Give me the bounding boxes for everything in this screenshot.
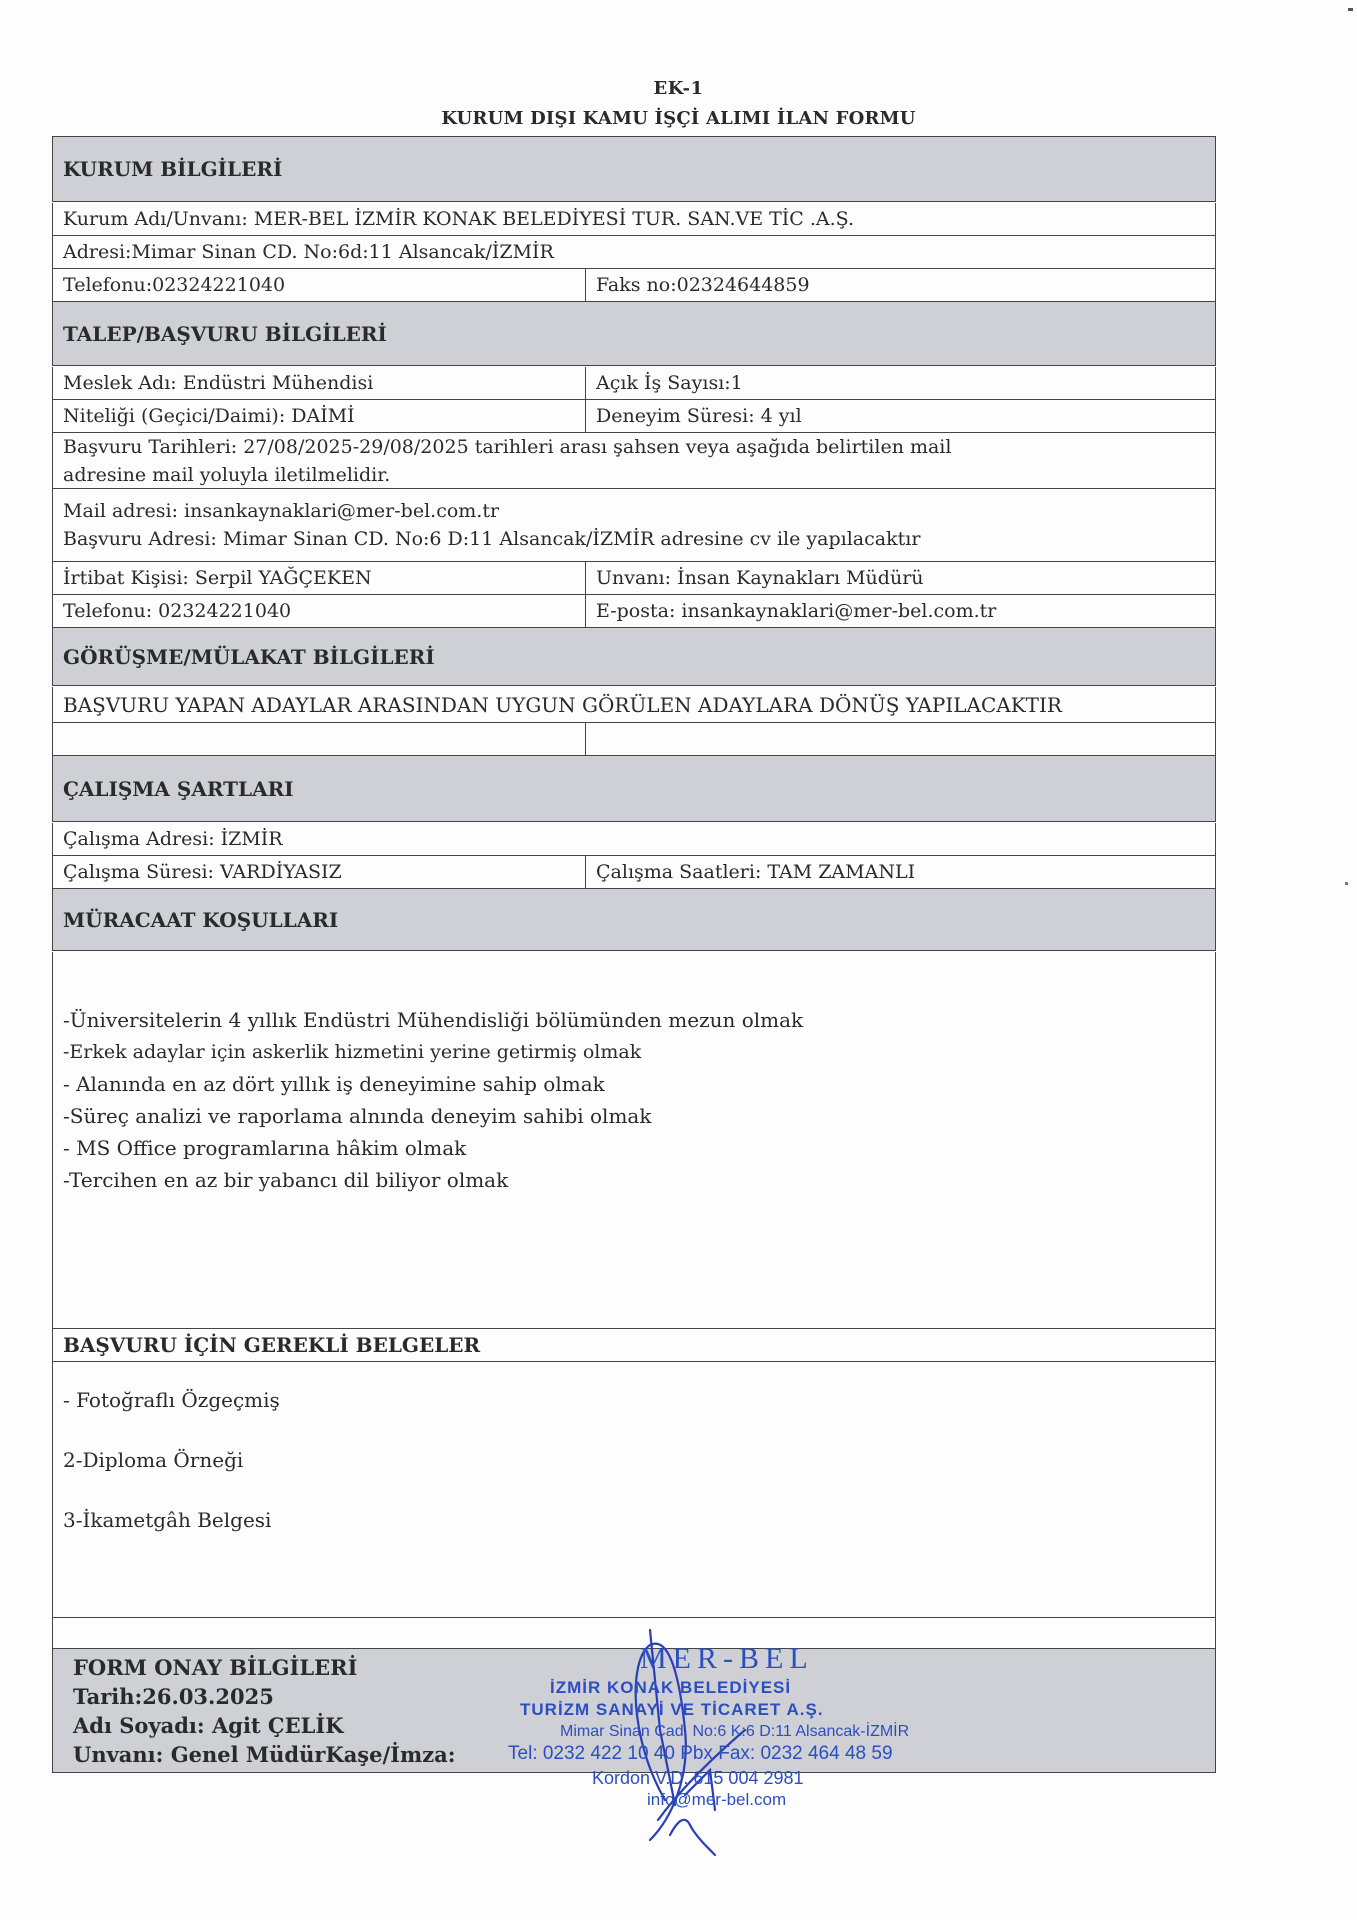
scan-mark (1345, 882, 1348, 885)
requirement-item: -Üniversitelerin 4 yıllık Endüstri Mühen… (63, 1004, 803, 1036)
application-address: Başvuru Adresi: Mimar Sinan CD. No:6 D:1… (53, 525, 920, 553)
interview-empty-row (52, 723, 1216, 756)
document-item: 3-İkametgâh Belgesi (63, 1490, 280, 1550)
document-item: 2-Diploma Örneği (63, 1430, 280, 1490)
nature-row: Niteliği (Geçici/Daimi): DAİMİ Deneyim S… (52, 400, 1216, 433)
work-duration: Çalışma Süresi: VARDİYASIZ (53, 856, 586, 888)
kurum-address-row: Adresi:Mimar Sinan CD. No:6d:11 Alsancak… (52, 236, 1216, 269)
contact-phone: Telefonu: 02324221040 (53, 595, 586, 627)
requirement-item: - MS Office programlarına hâkim olmak (63, 1132, 803, 1164)
form-title: KURUM DIŞI KAMU İŞÇİ ALIMI İLAN FORMU (0, 108, 1357, 129)
section-header-calisma: ÇALIŞMA ŞARTLARI (52, 756, 1216, 822)
requirements-list: -Üniversitelerin 4 yıllık Endüstri Mühen… (63, 1004, 803, 1196)
requirement-item: -Tercihen en az bir yabancı dil biliyor … (63, 1164, 803, 1196)
approval-header: FORM ONAY BİLGİLERİ (63, 1653, 357, 1682)
mail-address: Mail adresi: insankaynaklari@mer-bel.com… (53, 497, 499, 525)
application-dates-row: Başvuru Tarihleri: 27/08/2025-29/08/2025… (52, 433, 1216, 489)
section-header-gorusme: GÖRÜŞME/MÜLAKAT BİLGİLERİ (52, 628, 1216, 686)
contact-phone-row: Telefonu: 02324221040 E-posta: insankayn… (52, 595, 1216, 628)
contact-row: İrtibat Kişisi: Serpil YAĞÇEKEN Unvanı: … (52, 562, 1216, 595)
experience: Deneyim Süresi: 4 yıl (586, 400, 802, 432)
application-dates-line1: Başvuru Tarihleri: 27/08/2025-29/08/2025… (53, 433, 951, 461)
annex-label: EK-1 (0, 78, 1357, 99)
kurum-phone: Telefonu:02324221040 (53, 269, 586, 301)
requirement-item: - Alanında en az dört yıllık iş deneyimi… (63, 1068, 803, 1100)
profession-row: Meslek Adı: Endüstri Mühendisi Açık İş S… (52, 367, 1216, 400)
requirements-box: -Üniversitelerin 4 yıllık Endüstri Mühen… (52, 952, 1216, 1329)
work-address: Çalışma Adresi: İZMİR (53, 823, 1215, 855)
interview-empty-left (53, 723, 586, 755)
section-header-belgeler: BAŞVURU İÇİN GEREKLİ BELGELER (52, 1329, 1216, 1362)
kurum-fax: Faks no:02324644859 (586, 269, 810, 301)
contact-title: Unvanı: İnsan Kaynakları Müdürü (586, 562, 924, 594)
mail-address-row: Mail adresi: insankaynaklari@mer-bel.com… (52, 489, 1216, 562)
application-dates-line2: adresine mail yoluyla iletilmelidir. (53, 461, 390, 489)
section-header-kurum: KURUM BİLGİLERİ (52, 136, 1216, 202)
contact-person: İrtibat Kişisi: Serpil YAĞÇEKEN (53, 562, 586, 594)
approval-title: Unvanı: Genel MüdürKaşe/İmza: (63, 1740, 455, 1769)
stamp-line: info@mer-bel.com (647, 1790, 786, 1810)
work-hours: Çalışma Saatleri: TAM ZAMANLI (586, 856, 915, 888)
document-item: - Fotoğraflı Özgeçmiş (63, 1370, 280, 1430)
interview-note-row: BAŞVURU YAPAN ADAYLAR ARASINDAN UYGUN GÖ… (52, 687, 1216, 723)
kurum-address: Adresi:Mimar Sinan CD. No:6d:11 Alsancak… (53, 236, 1215, 268)
approval-box: FORM ONAY BİLGİLERİ Tarih:26.03.2025 Adı… (52, 1649, 1216, 1773)
job-nature: Niteliği (Geçici/Daimi): DAİMİ (53, 400, 586, 432)
interview-note: BAŞVURU YAPAN ADAYLAR ARASINDAN UYGUN GÖ… (53, 687, 1215, 722)
kurum-name: Kurum Adı/Unvanı: MER-BEL İZMİR KONAK BE… (53, 203, 1215, 235)
empty-row (52, 1618, 1216, 1649)
work-address-row: Çalışma Adresi: İZMİR (52, 823, 1216, 856)
open-positions: Açık İş Sayısı:1 (586, 367, 743, 399)
work-duration-row: Çalışma Süresi: VARDİYASIZ Çalışma Saatl… (52, 856, 1216, 889)
scan-mark (1348, 8, 1353, 11)
requirement-item: -Süreç analizi ve raporlama alnında dene… (63, 1100, 803, 1132)
interview-empty-right (586, 723, 596, 755)
documents-box: - Fotoğraflı Özgeçmiş 2-Diploma Örneği 3… (52, 1362, 1216, 1618)
section-header-muracaat: MÜRACAAT KOŞULLARI (52, 889, 1216, 951)
kurum-phone-row: Telefonu:02324221040 Faks no:02324644859 (52, 269, 1216, 302)
profession: Meslek Adı: Endüstri Mühendisi (53, 367, 586, 399)
section-header-talep: TALEP/BAŞVURU BİLGİLERİ (52, 302, 1216, 366)
kurum-name-row: Kurum Adı/Unvanı: MER-BEL İZMİR KONAK BE… (52, 203, 1216, 236)
documents-list: - Fotoğraflı Özgeçmiş 2-Diploma Örneği 3… (63, 1370, 280, 1550)
approval-date: Tarih:26.03.2025 (63, 1682, 274, 1711)
approval-name: Adı Soyadı: Agit ÇELİK (63, 1711, 344, 1740)
requirement-item: -Erkek adaylar için askerlik hizmetini y… (63, 1036, 803, 1068)
contact-email: E-posta: insankaynaklari@mer-bel.com.tr (586, 595, 996, 627)
